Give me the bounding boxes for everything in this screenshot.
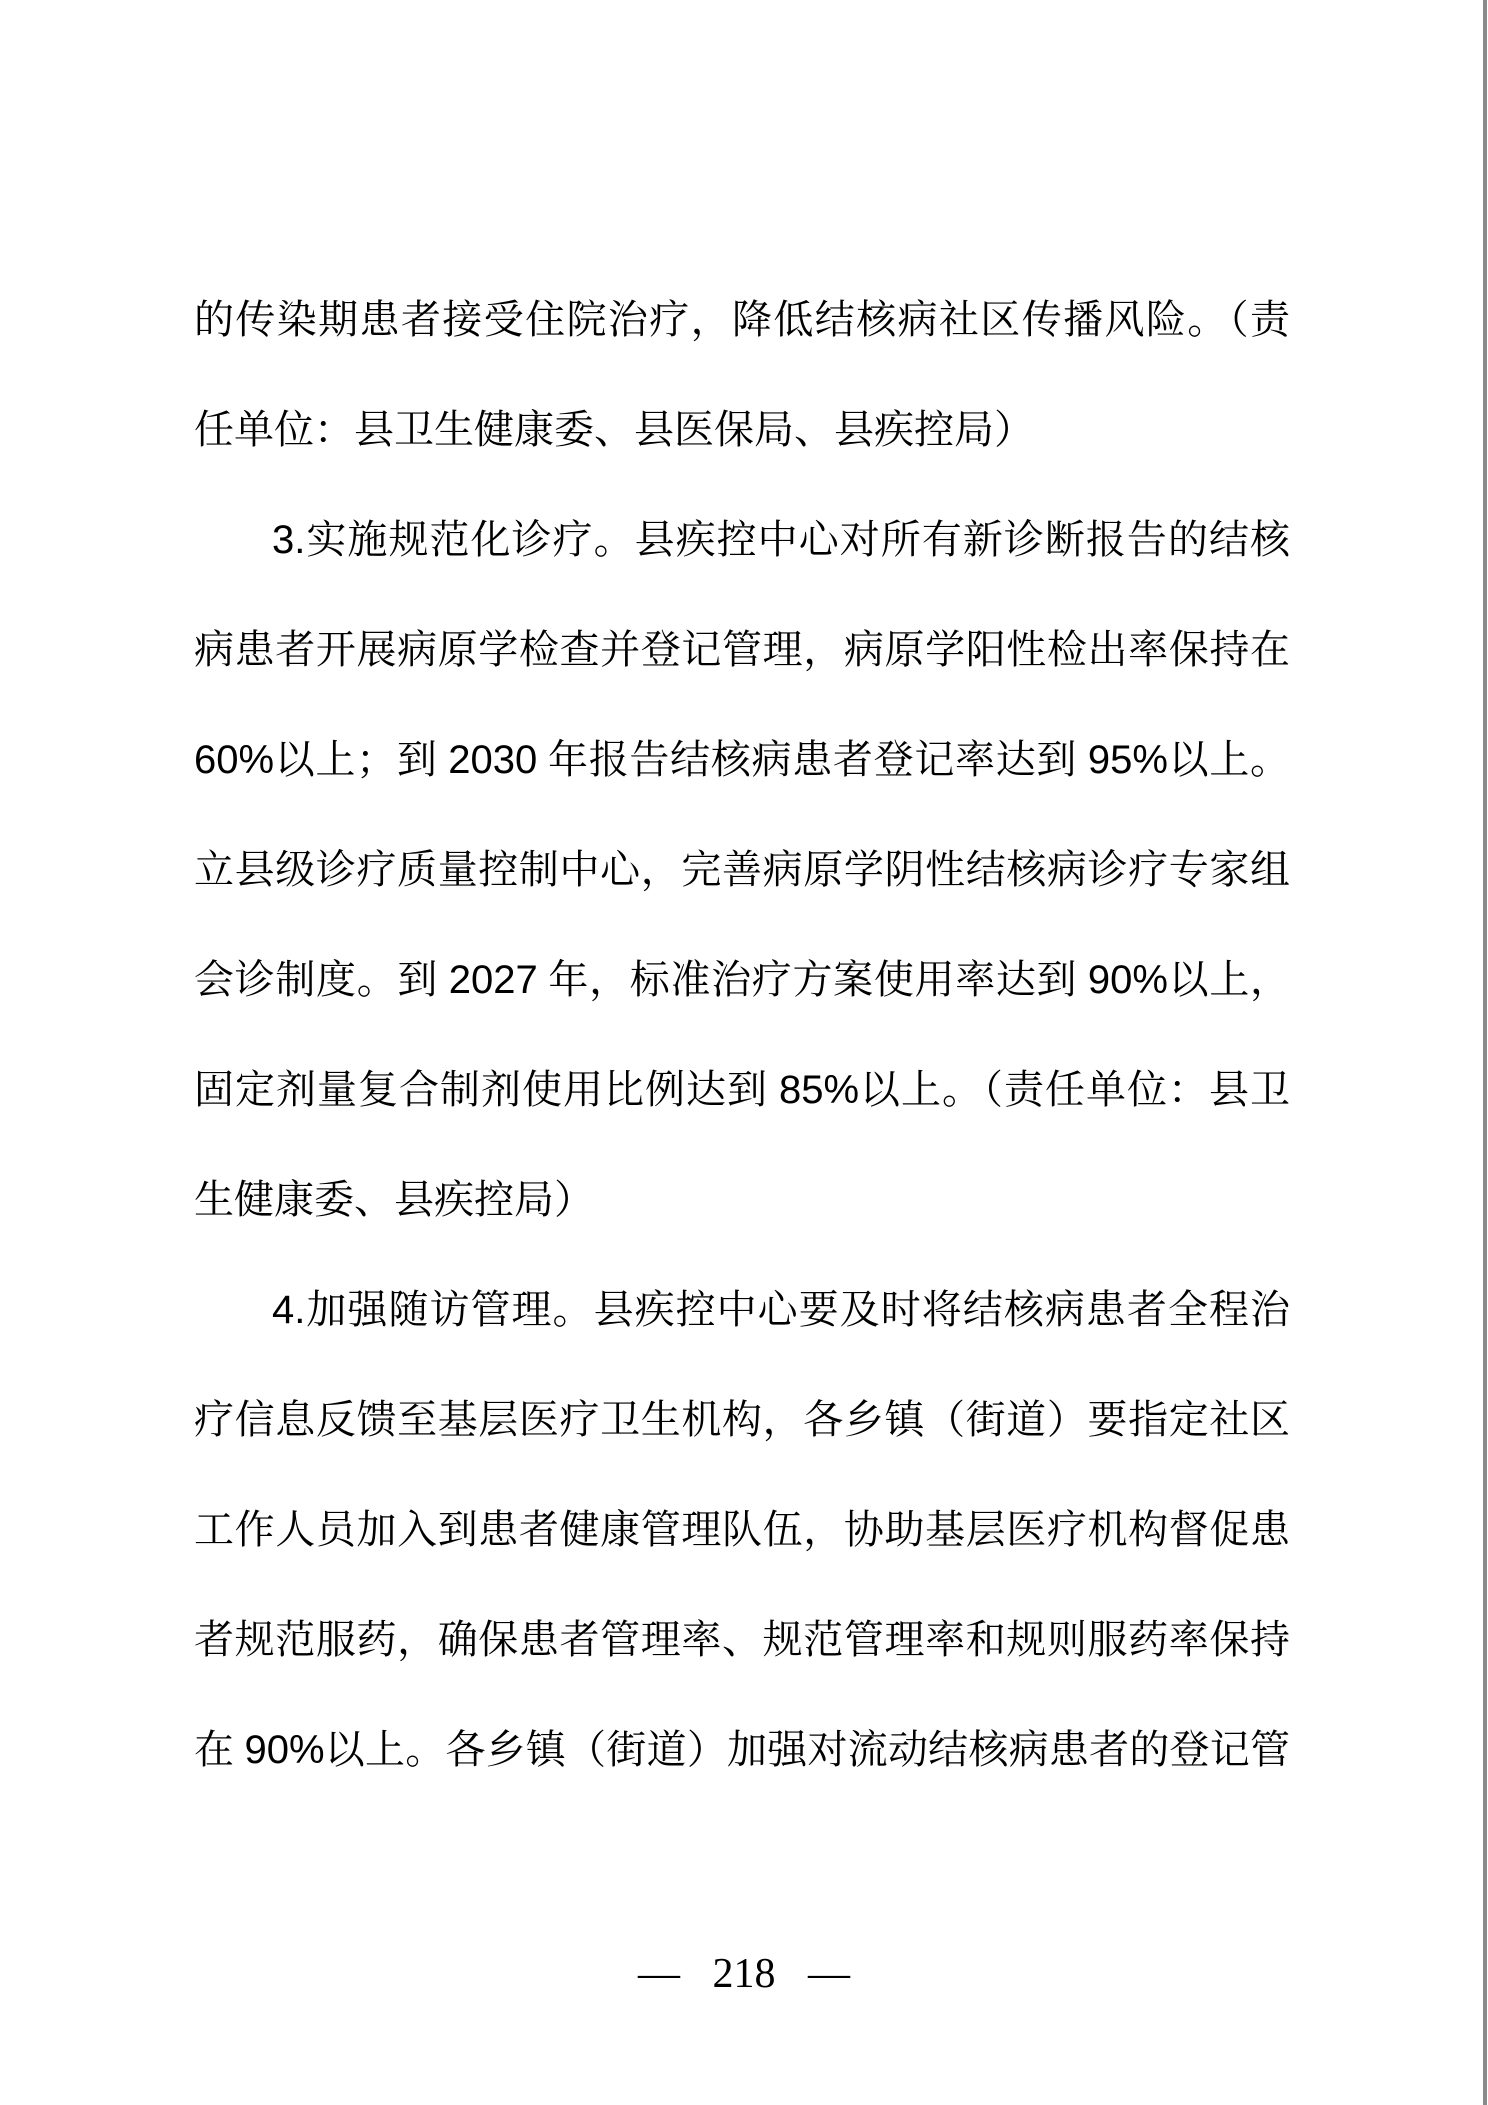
text-line: 任单位：县卫生健康委、县医保局、县疾控局） bbox=[194, 375, 1290, 485]
document-page: 的传染期患者接受住院治疗，降低结核病社区传播风险。（责 任单位：县卫生健康委、县… bbox=[0, 0, 1488, 2105]
document-body: 的传染期患者接受住院治疗，降低结核病社区传播风险。（责 任单位：县卫生健康委、县… bbox=[194, 265, 1290, 1805]
text-line: 3.实施规范化诊疗。县疾控中心对所有新诊断报告的结核 bbox=[194, 485, 1290, 595]
paragraph: 3.实施规范化诊疗。县疾控中心对所有新诊断报告的结核 病患者开展病原学检查并登记… bbox=[194, 485, 1290, 1255]
text-line: 4.加强随访管理。县疾控中心要及时将结核病患者全程治 bbox=[194, 1255, 1290, 1365]
text-line: 在 90%以上。各乡镇（街道）加强对流动结核病患者的登记管 bbox=[194, 1695, 1290, 1805]
text-line: 的传染期患者接受住院治疗，降低结核病社区传播风险。（责 bbox=[194, 265, 1290, 375]
text-line: 立县级诊疗质量控制中心，完善病原学阴性结核病诊疗专家组 bbox=[194, 815, 1290, 925]
text-line: 固定剂量复合制剂使用比例达到 85%以上。（责任单位：县卫 bbox=[194, 1035, 1290, 1145]
page-number: — 218 — bbox=[638, 1951, 850, 1997]
text-line: 工作人员加入到患者健康管理队伍，协助基层医疗机构督促患 bbox=[194, 1475, 1290, 1585]
paragraph: 4.加强随访管理。县疾控中心要及时将结核病患者全程治 疗信息反馈至基层医疗卫生机… bbox=[194, 1255, 1290, 1805]
text-line: 60%以上；到 2030 年报告结核病患者登记率达到 95%以上。建 bbox=[194, 705, 1290, 815]
paragraph: 的传染期患者接受住院治疗，降低结核病社区传播风险。（责 任单位：县卫生健康委、县… bbox=[194, 265, 1290, 485]
text-line: 会诊制度。到 2027 年，标准治疗方案使用率达到 90%以上， bbox=[194, 925, 1290, 1035]
page-footer: — 218 — bbox=[0, 1944, 1488, 2004]
text-line: 者规范服药，确保患者管理率、规范管理率和规则服药率保持 bbox=[194, 1585, 1290, 1695]
text-line: 生健康委、县疾控局） bbox=[194, 1145, 1290, 1255]
page-edge-line bbox=[1483, 0, 1487, 2105]
text-line: 疗信息反馈至基层医疗卫生机构，各乡镇（街道）要指定社区 bbox=[194, 1365, 1290, 1475]
text-line: 病患者开展病原学检查并登记管理，病原学阳性检出率保持在 bbox=[194, 595, 1290, 705]
